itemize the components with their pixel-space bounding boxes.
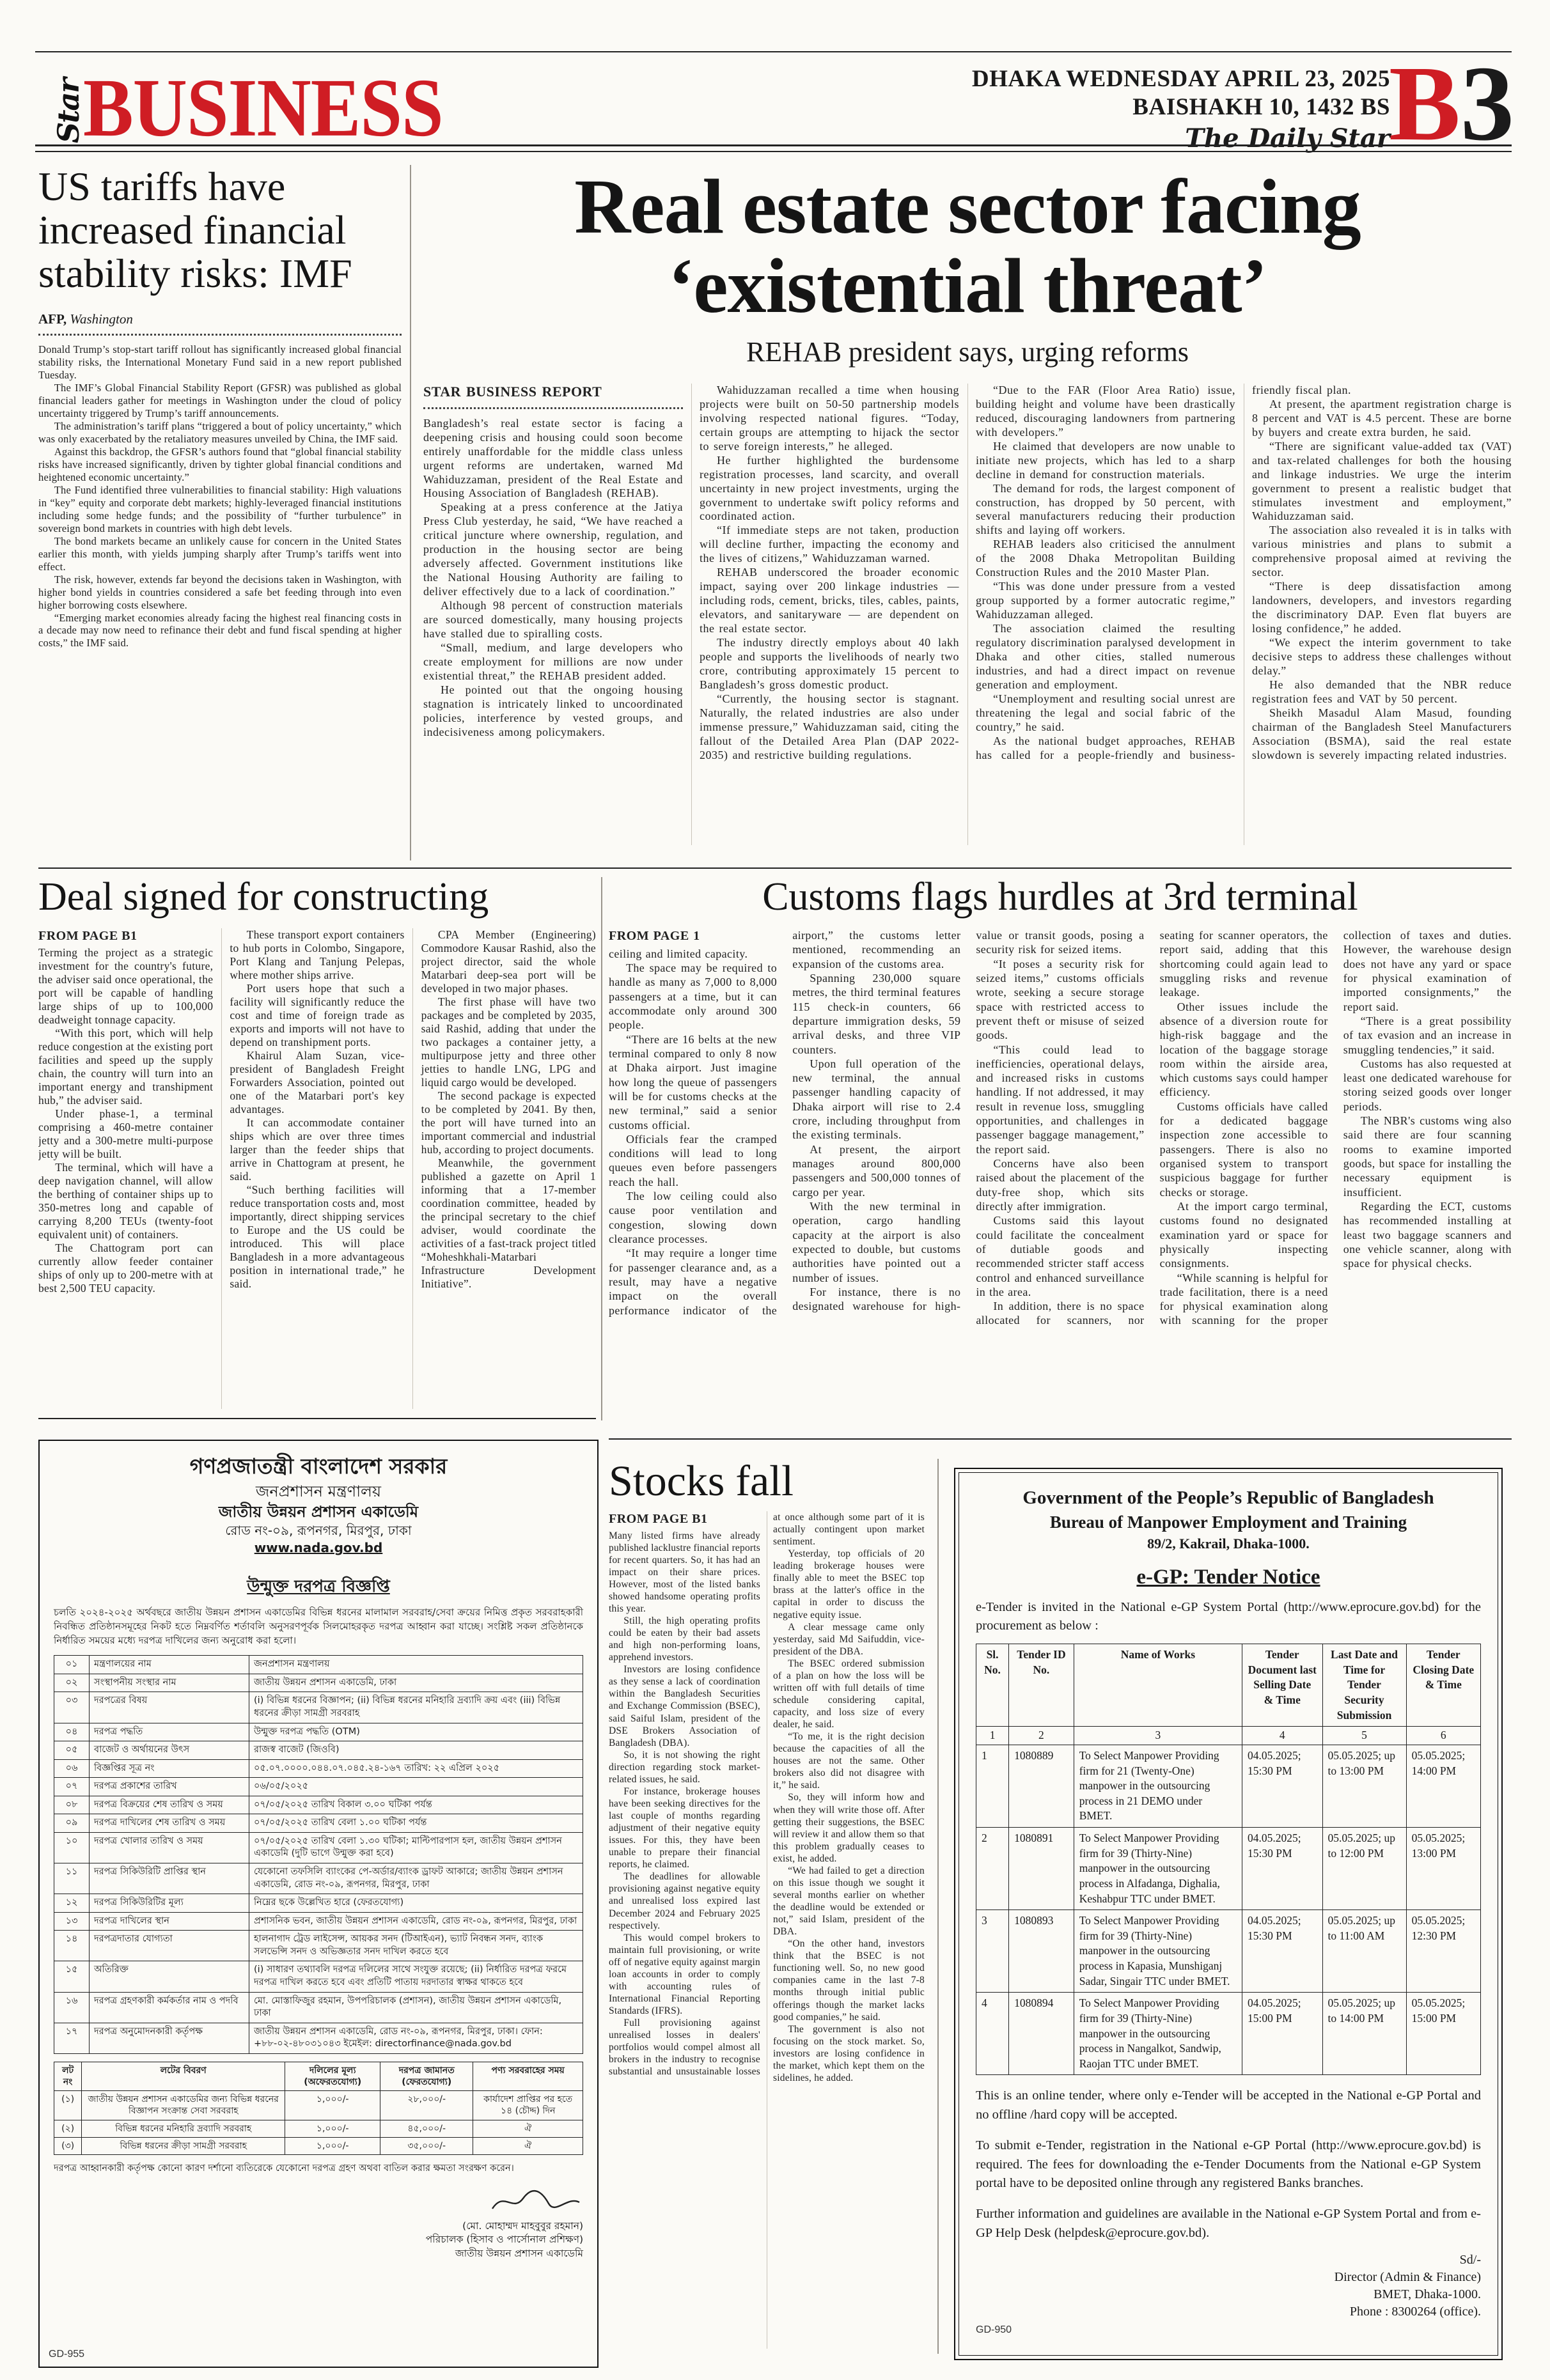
egp-gov-line2: Bureau of Manpower Employment and Traini… [976, 1511, 1481, 1534]
egp-footer-1: This is an online tender, where only e-T… [976, 2087, 1481, 2124]
bn-lot-table: লট নংলটের বিবরণদলিলের মূল্য (অফেরতযোগ্য)… [54, 2062, 583, 2155]
article-stocks: Stocks fall FROM PAGE B1 Many listed fir… [609, 1459, 925, 2367]
bn-signature-block: (মো. মোহাম্মদ মাহবুবুর রহমান) পরিচালক (হ… [54, 2187, 583, 2261]
rehab-body: STAR BUSINESS REPORT Bangladesh’s real e… [423, 384, 1512, 845]
egp-sd-title: Director (Admin & Finance) [976, 2269, 1481, 2286]
signature-mark [487, 2187, 583, 2215]
egp-intro-text: e-Tender is invited in the National e-GP… [976, 1598, 1481, 1635]
egp-notice-title: e-GP: Tender Notice [1136, 1563, 1320, 1592]
bn-gd-code: GD-955 [49, 2349, 84, 2360]
rehab-byline: STAR BUSINESS REPORT [423, 384, 683, 401]
divider-deal-customs [601, 877, 602, 1420]
bn-address-line: রোড নং-০৯, রূপনগর, মিরপুর, ঢাকা [54, 1522, 583, 1539]
imf-body-text: Donald Trump’s stop-start tariff rollout… [38, 343, 402, 839]
rehab-headline: Real estate sector facing ‘existential t… [423, 167, 1512, 327]
bn-lot-rows: (১)জাতীয় উন্নয়ন প্রশাসন একাডেমির জন্য … [54, 2091, 583, 2155]
customs-kicker: FROM PAGE 1 [609, 928, 777, 944]
bn-agency-line: জাতীয় উন্নয়ন প্রশাসন একাডেমি [54, 1502, 583, 1522]
bn-details-rows: ০১মন্ত্রণালয়ের নামজনপ্রশাসন মন্ত্রণালয়… [54, 1656, 583, 2054]
egp-gd-code: GD-950 [976, 2324, 1481, 2336]
date-line-2: BAISHAKH 10, 1432 BS [972, 93, 1390, 121]
customs-headline: Customs flags hurdles at 3rd terminal [609, 877, 1512, 917]
bn-notice-title: উন্মুক্ত দরপত্র বিজ্ঞপ্তি [247, 1576, 390, 1598]
page-number: B3 [1389, 50, 1514, 157]
deal-kicker: FROM PAGE B1 [38, 928, 213, 944]
star-logo-text: Star [54, 61, 83, 143]
bn-intro-text: চলতি ২০২৪-২০২৫ অর্থবছরে জাতীয় উন্নয়ন প… [54, 1606, 583, 1647]
masthead-bottom-rule [35, 144, 1512, 152]
customs-bottom-rule [609, 1438, 1512, 1440]
imf-byline-place: Washington [67, 311, 133, 327]
deal-bottom-rule [38, 1418, 596, 1419]
egp-sd-mark: Sd/- [976, 2252, 1481, 2269]
rehab-subhead: REHAB president says, urging reforms [423, 336, 1512, 368]
egp-gov-line1: Government of the People’s Republic of B… [976, 1486, 1481, 1511]
bn-website-link: www.nada.gov.bd [54, 1539, 583, 1557]
deal-body: FROM PAGE B1 Terming the project as a st… [38, 928, 596, 1409]
star-business-logo: Star BUSINESS [54, 61, 443, 143]
divider-stocks-egp [937, 1459, 939, 2354]
article-rehab: Real estate sector facing ‘existential t… [423, 167, 1512, 862]
rehab-body-text: Bangladesh’s real estate sector is facin… [423, 384, 1512, 763]
bn-ministry-line: জনপ্রশাসন মন্ত্রণালয় [54, 1481, 583, 1502]
bn-note-text: দরপত্র আহ্বানকারী কর্তৃপক্ষ কোনো কারণ দর… [54, 2161, 583, 2177]
bn-details-table: ০১মন্ত্রণালয়ের নামজনপ্রশাসন মন্ত্রণালয়… [54, 1655, 583, 2054]
article-imf: US tariffs have increased financial stab… [38, 165, 402, 862]
customs-body: FROM PAGE 1 ceiling and limited capacity… [609, 928, 1512, 1419]
egp-sd-phone: Phone : 8300264 (office). [976, 2303, 1481, 2321]
deal-headline: Deal signed for constructing [38, 877, 596, 917]
stocks-body-text: Many listed firms have already published… [609, 1511, 925, 2084]
bn-gov-line: গণপ্রজাতন্ত্রী বাংলাদেশ সরকার [54, 1452, 583, 1481]
article-customs: Customs flags hurdles at 3rd terminal FR… [609, 877, 1512, 1427]
article-deal: Deal signed for constructing FROM PAGE B… [38, 877, 596, 1413]
egp-footer-3: Further information and guidelines are a… [976, 2205, 1481, 2243]
divider-imf-main [410, 165, 411, 860]
bn-sign-name: (মো. মোহাম্মদ মাহবুবুর রহমান) [54, 2220, 583, 2234]
egp-tender-notice: Government of the People’s Republic of B… [954, 1468, 1503, 2360]
imf-headline: US tariffs have increased financial stab… [38, 165, 402, 295]
egp-table-head: Sl. No.Tender ID No.Name of WorksTender … [976, 1644, 1481, 1745]
egp-signature-block: Sd/- Director (Admin & Finance) BMET, Dh… [976, 2252, 1481, 2321]
customs-body-text: ceiling and limited capacity.The space m… [609, 928, 1512, 1328]
rehab-byline-rule [423, 407, 683, 409]
imf-byline-agency: AFP, [38, 311, 67, 327]
stocks-headline: Stocks fall [609, 1459, 925, 1502]
deal-body-text: Terming the project as a strategic inves… [38, 928, 596, 1295]
business-logo-text: BUSINESS [83, 70, 443, 146]
section-rule-1 [38, 867, 1512, 869]
newspaper-page: Star BUSINESS DHAKA WEDNESDAY APRIL 23, … [0, 0, 1550, 2380]
imf-byline-rule [38, 334, 402, 336]
stocks-body: FROM PAGE B1 Many listed firms have alre… [609, 1511, 925, 2349]
stocks-kicker: FROM PAGE B1 [609, 1511, 760, 1527]
egp-table: Sl. No.Tender ID No.Name of WorksTender … [976, 1644, 1481, 2075]
masthead-top-rule [35, 51, 1512, 52]
bengali-tender-notice: গণপ্রজাতন্ত্রী বাংলাদেশ সরকার জনপ্রশাসন … [38, 1440, 599, 2368]
egp-table-rows: 11080889To Select Manpower Providing fir… [976, 1745, 1481, 2075]
egp-head-row: Sl. No.Tender ID No.Name of WorksTender … [976, 1644, 1481, 1727]
egp-gov-line3: 89/2, Kakrail, Dhaka-1000. [976, 1534, 1481, 1553]
date-line-1: DHAKA WEDNESDAY APRIL 23, 2025 [972, 65, 1390, 93]
egp-sd-office: BMET, Dhaka-1000. [976, 2286, 1481, 2303]
imf-byline: AFP, Washington [38, 311, 402, 327]
egp-footer-2: To submit e-Tender, registration in the … [976, 2136, 1481, 2193]
egp-colnum-row: 123456 [976, 1727, 1481, 1745]
bn-lot-head: লট নংলটের বিবরণদলিলের মূল্য (অফেরতযোগ্য)… [54, 2062, 583, 2090]
bn-sign-post2: জাতীয় উন্নয়ন প্রশাসন একাডেমি [54, 2247, 583, 2261]
masthead-dateline: DHAKA WEDNESDAY APRIL 23, 2025 BAISHAKH … [972, 65, 1390, 154]
bn-sign-post1: পরিচালক (হিসাব ও পার্সোনাল প্রশিক্ষণ) [54, 2233, 583, 2247]
